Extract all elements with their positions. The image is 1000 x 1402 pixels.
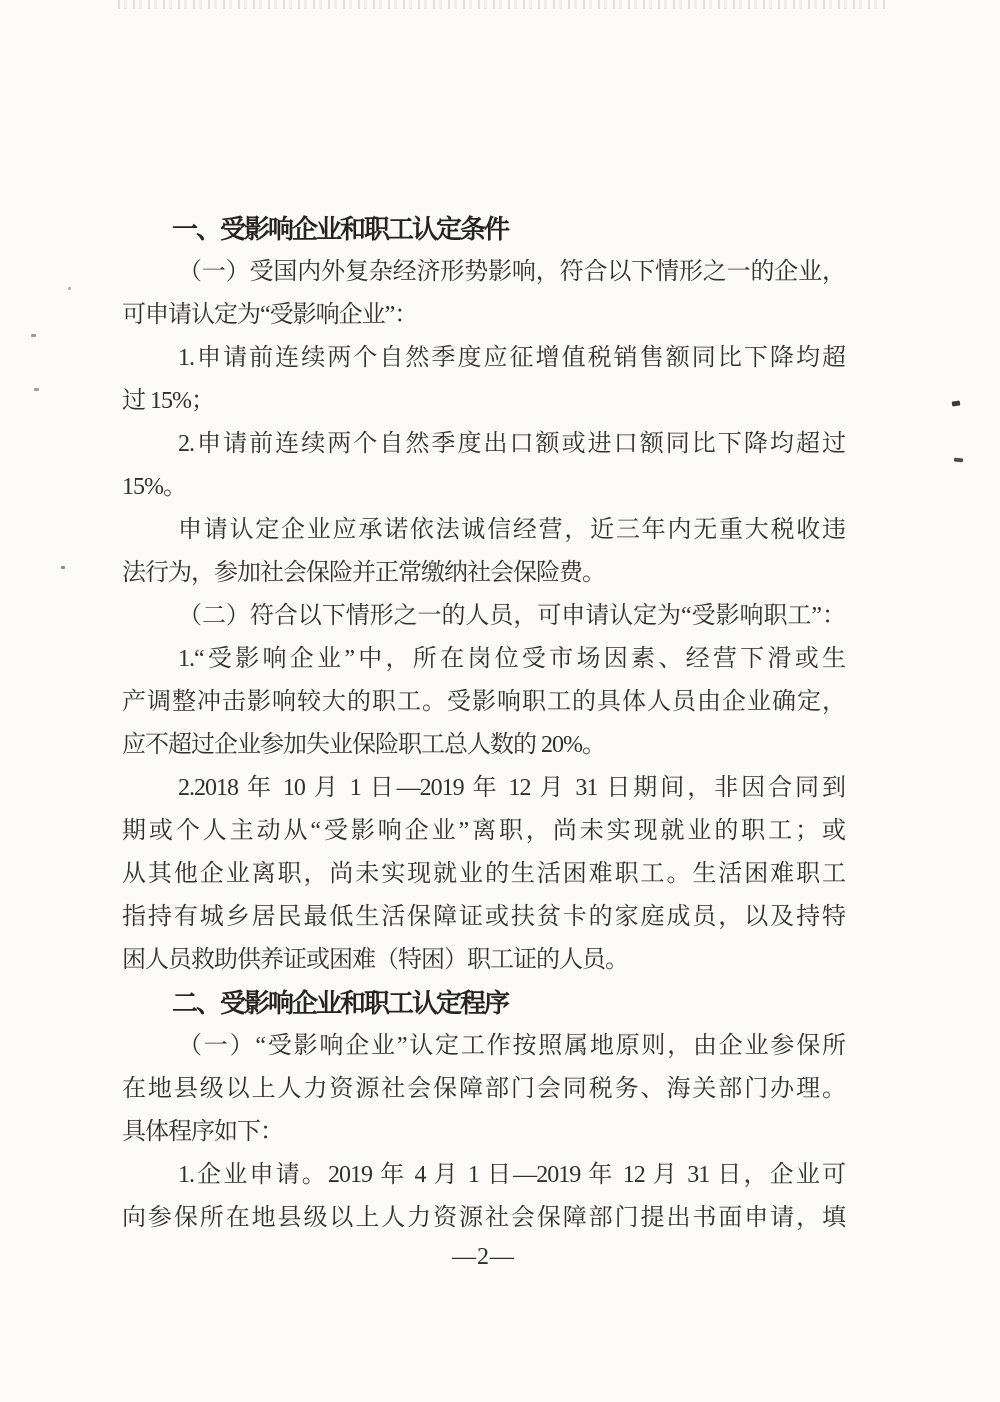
scan-speck [34, 388, 39, 391]
doc-line: 在地县级以上人力资源社会保障部门会同税务、海关部门办理。 [122, 1068, 845, 1111]
doc-line: （一）“受影响企业”认定工作按照属地原则，由企业参保所 [122, 1025, 845, 1068]
doc-line: 法行为，参加社会保险并正常缴纳社会保险费。 [122, 552, 845, 595]
doc-line: 1.申请前连续两个自然季度应征增值税销售额同比下降均超 [122, 337, 845, 380]
doc-line: 从其他企业离职，尚未实现就业的生活困难职工。生活困难职工 [122, 853, 845, 896]
doc-line: 1.“受影响企业”中，所在岗位受市场因素、经营下滑或生 [122, 638, 845, 681]
scan-speck [68, 287, 71, 290]
doc-line: 2.申请前连续两个自然季度出口额或进口额同比下降均超过 [122, 423, 845, 466]
doc-line: （一）受国内外复杂经济形势影响，符合以下情形之一的企业， [122, 251, 845, 294]
section-heading-2: 二、受影响企业和职工认定程序 [122, 982, 845, 1025]
doc-line: 具体程序如下： [122, 1111, 845, 1154]
scan-speck [954, 458, 963, 463]
scan-speck [31, 334, 36, 337]
doc-line: 期或个人主动从“受影响企业”离职，尚未实现就业的职工；或 [122, 810, 845, 853]
doc-line: 可申请认定为“受影响企业”： [122, 294, 845, 337]
doc-line: 2.2018 年 10 月 1 日—2019 年 12 月 31 日期间，非因合… [122, 767, 845, 810]
scan-speck [61, 566, 65, 569]
doc-line: （二）符合以下情形之一的人员，可申请认定为“受影响职工”： [122, 595, 845, 638]
section-heading-1: 一、受影响企业和职工认定条件 [122, 208, 845, 251]
doc-line: 困人员救助供养证或困难（特困）职工证的人员。 [122, 939, 845, 982]
scan-noise-band [118, 0, 888, 9]
doc-line: 指持有城乡居民最低生活保障证或扶贫卡的家庭成员，以及持特 [122, 896, 845, 939]
doc-line: 向参保所在地县级以上人力资源社会保障部门提出书面申请，填 [122, 1197, 845, 1240]
scanned-document-page: 一、受影响企业和职工认定条件 （一）受国内外复杂经济形势影响，符合以下情形之一的… [0, 0, 1000, 1402]
doc-line: 15%。 [122, 466, 845, 509]
doc-line: 应不超过企业参加失业保险职工总人数的 20%。 [122, 724, 845, 767]
page-number: —2— [122, 1236, 845, 1279]
doc-line: 申请认定企业应承诺依法诚信经营，近三年内无重大税收违 [122, 509, 845, 552]
doc-line: 产调整冲击影响较大的职工。受影响职工的具体人员由企业确定， [122, 681, 845, 724]
document-body: 一、受影响企业和职工认定条件 （一）受国内外复杂经济形势影响，符合以下情形之一的… [122, 208, 845, 1240]
scan-speck [952, 400, 961, 406]
doc-line: 1.企业申请。2019 年 4 月 1 日—2019 年 12 月 31 日，企… [122, 1154, 845, 1197]
doc-line: 过 15%； [122, 380, 845, 423]
